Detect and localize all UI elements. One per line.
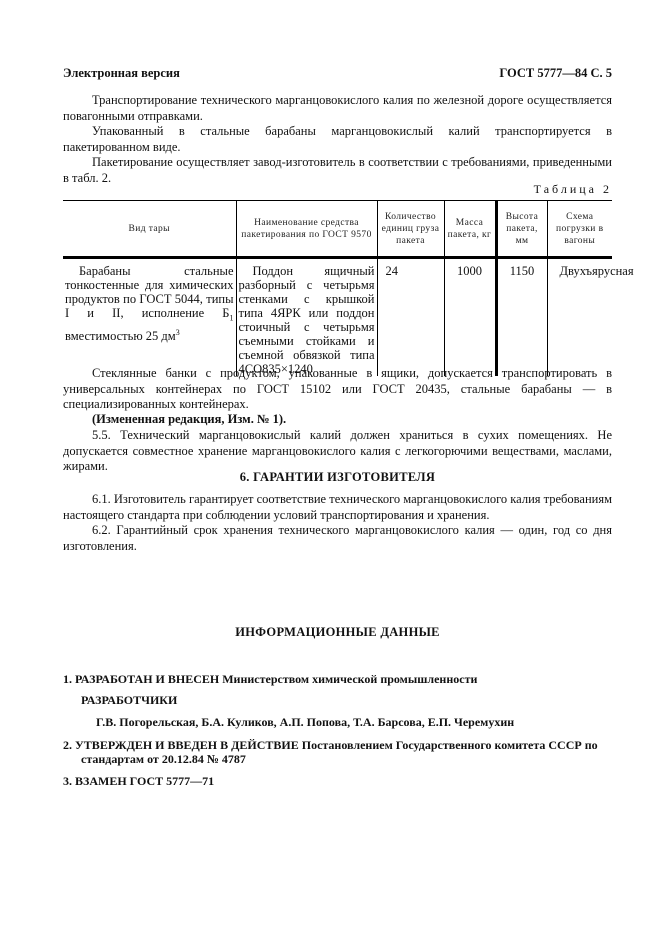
paragraph-rail-transport: Транспортирование технического марганцов… <box>63 93 612 124</box>
cell-sredstvo: Поддон ящичный разборный с четырьмя стен… <box>236 258 377 377</box>
header-standard-page: ГОСТ 5777—84 С. 5 <box>499 66 612 81</box>
header-edition-label: Электронная версия <box>63 66 180 81</box>
amendment-note: (Измененная редакция, Изм. № 1). <box>63 412 612 428</box>
column-header-vysota: Высота пакета, мм <box>496 201 547 258</box>
column-header-skhema: Схема погрузки в вагоны <box>547 201 612 258</box>
info-data-title: ИНФОРМАЦИОННЫЕ ДАННЫЕ <box>63 625 612 640</box>
cell-massa: 1000 <box>444 258 496 377</box>
column-header-massa: Масса пакета, кг <box>444 201 496 258</box>
cell-kolichestvo: 24 <box>377 258 444 377</box>
cell-tara-subscript: 1 <box>230 314 234 323</box>
paragraph-packaged-transport: Упакованный в стальные барабаны марганцо… <box>63 124 612 155</box>
paragraph-glass-jars: Стеклянные банки с продуктом, упакованны… <box>63 366 612 413</box>
info-item-1: 1. РАЗРАБОТАН И ВНЕСЕН Министерством хим… <box>63 672 477 687</box>
developers-list: Г.В. Погорельская, Б.А. Куликов, А.П. По… <box>96 715 514 730</box>
cell-tara-text: Барабаны стальные тонкостенные для химич… <box>65 264 234 320</box>
cell-tara: Барабаны стальные тонкостенные для химич… <box>63 258 236 377</box>
developers-label: РАЗРАБОТЧИКИ <box>81 693 177 708</box>
info-item-2-line1: 2. УТВЕРЖДЕН И ВВЕДЕН В ДЕЙСТВИЕ Постано… <box>63 738 612 753</box>
cell-skhema: Двухъярусная <box>547 258 612 377</box>
table-row: Барабаны стальные тонкостенные для химич… <box>63 258 612 377</box>
paragraph-palletizing: Пакетирование осуществляет завод-изготов… <box>63 155 612 186</box>
section-6-title: 6. ГАРАНТИИ ИЗГОТОВИТЕЛЯ <box>63 470 612 485</box>
column-header-sredstvo: Наименование средства пакетирования по Г… <box>236 201 377 258</box>
paragraph-6-1: 6.1. Изготовитель гарантирует соответств… <box>63 492 612 523</box>
paragraph-5-5: 5.5. Технический марганцовокислый калий … <box>63 428 612 475</box>
cell-tara-tail: вместимостью 25 дм <box>65 329 176 343</box>
paragraph-6-2: 6.2. Гарантийный срок хранения техническ… <box>63 523 612 554</box>
table-header-row: Вид тары Наименование средства пакетиров… <box>63 201 612 258</box>
table-caption: Таблица 2 <box>534 182 612 197</box>
table-2: Вид тары Наименование средства пакетиров… <box>63 200 612 376</box>
cell-tara-superscript: 3 <box>176 328 180 337</box>
info-item-3: 3. ВЗАМЕН ГОСТ 5777—71 <box>63 774 214 789</box>
cell-vysota: 1150 <box>496 258 547 377</box>
column-header-tara: Вид тары <box>63 201 236 258</box>
column-header-kolichestvo: Количество единиц груза пакета <box>377 201 444 258</box>
info-item-2-line2: стандартам от 20.12.84 № 4787 <box>81 752 246 767</box>
